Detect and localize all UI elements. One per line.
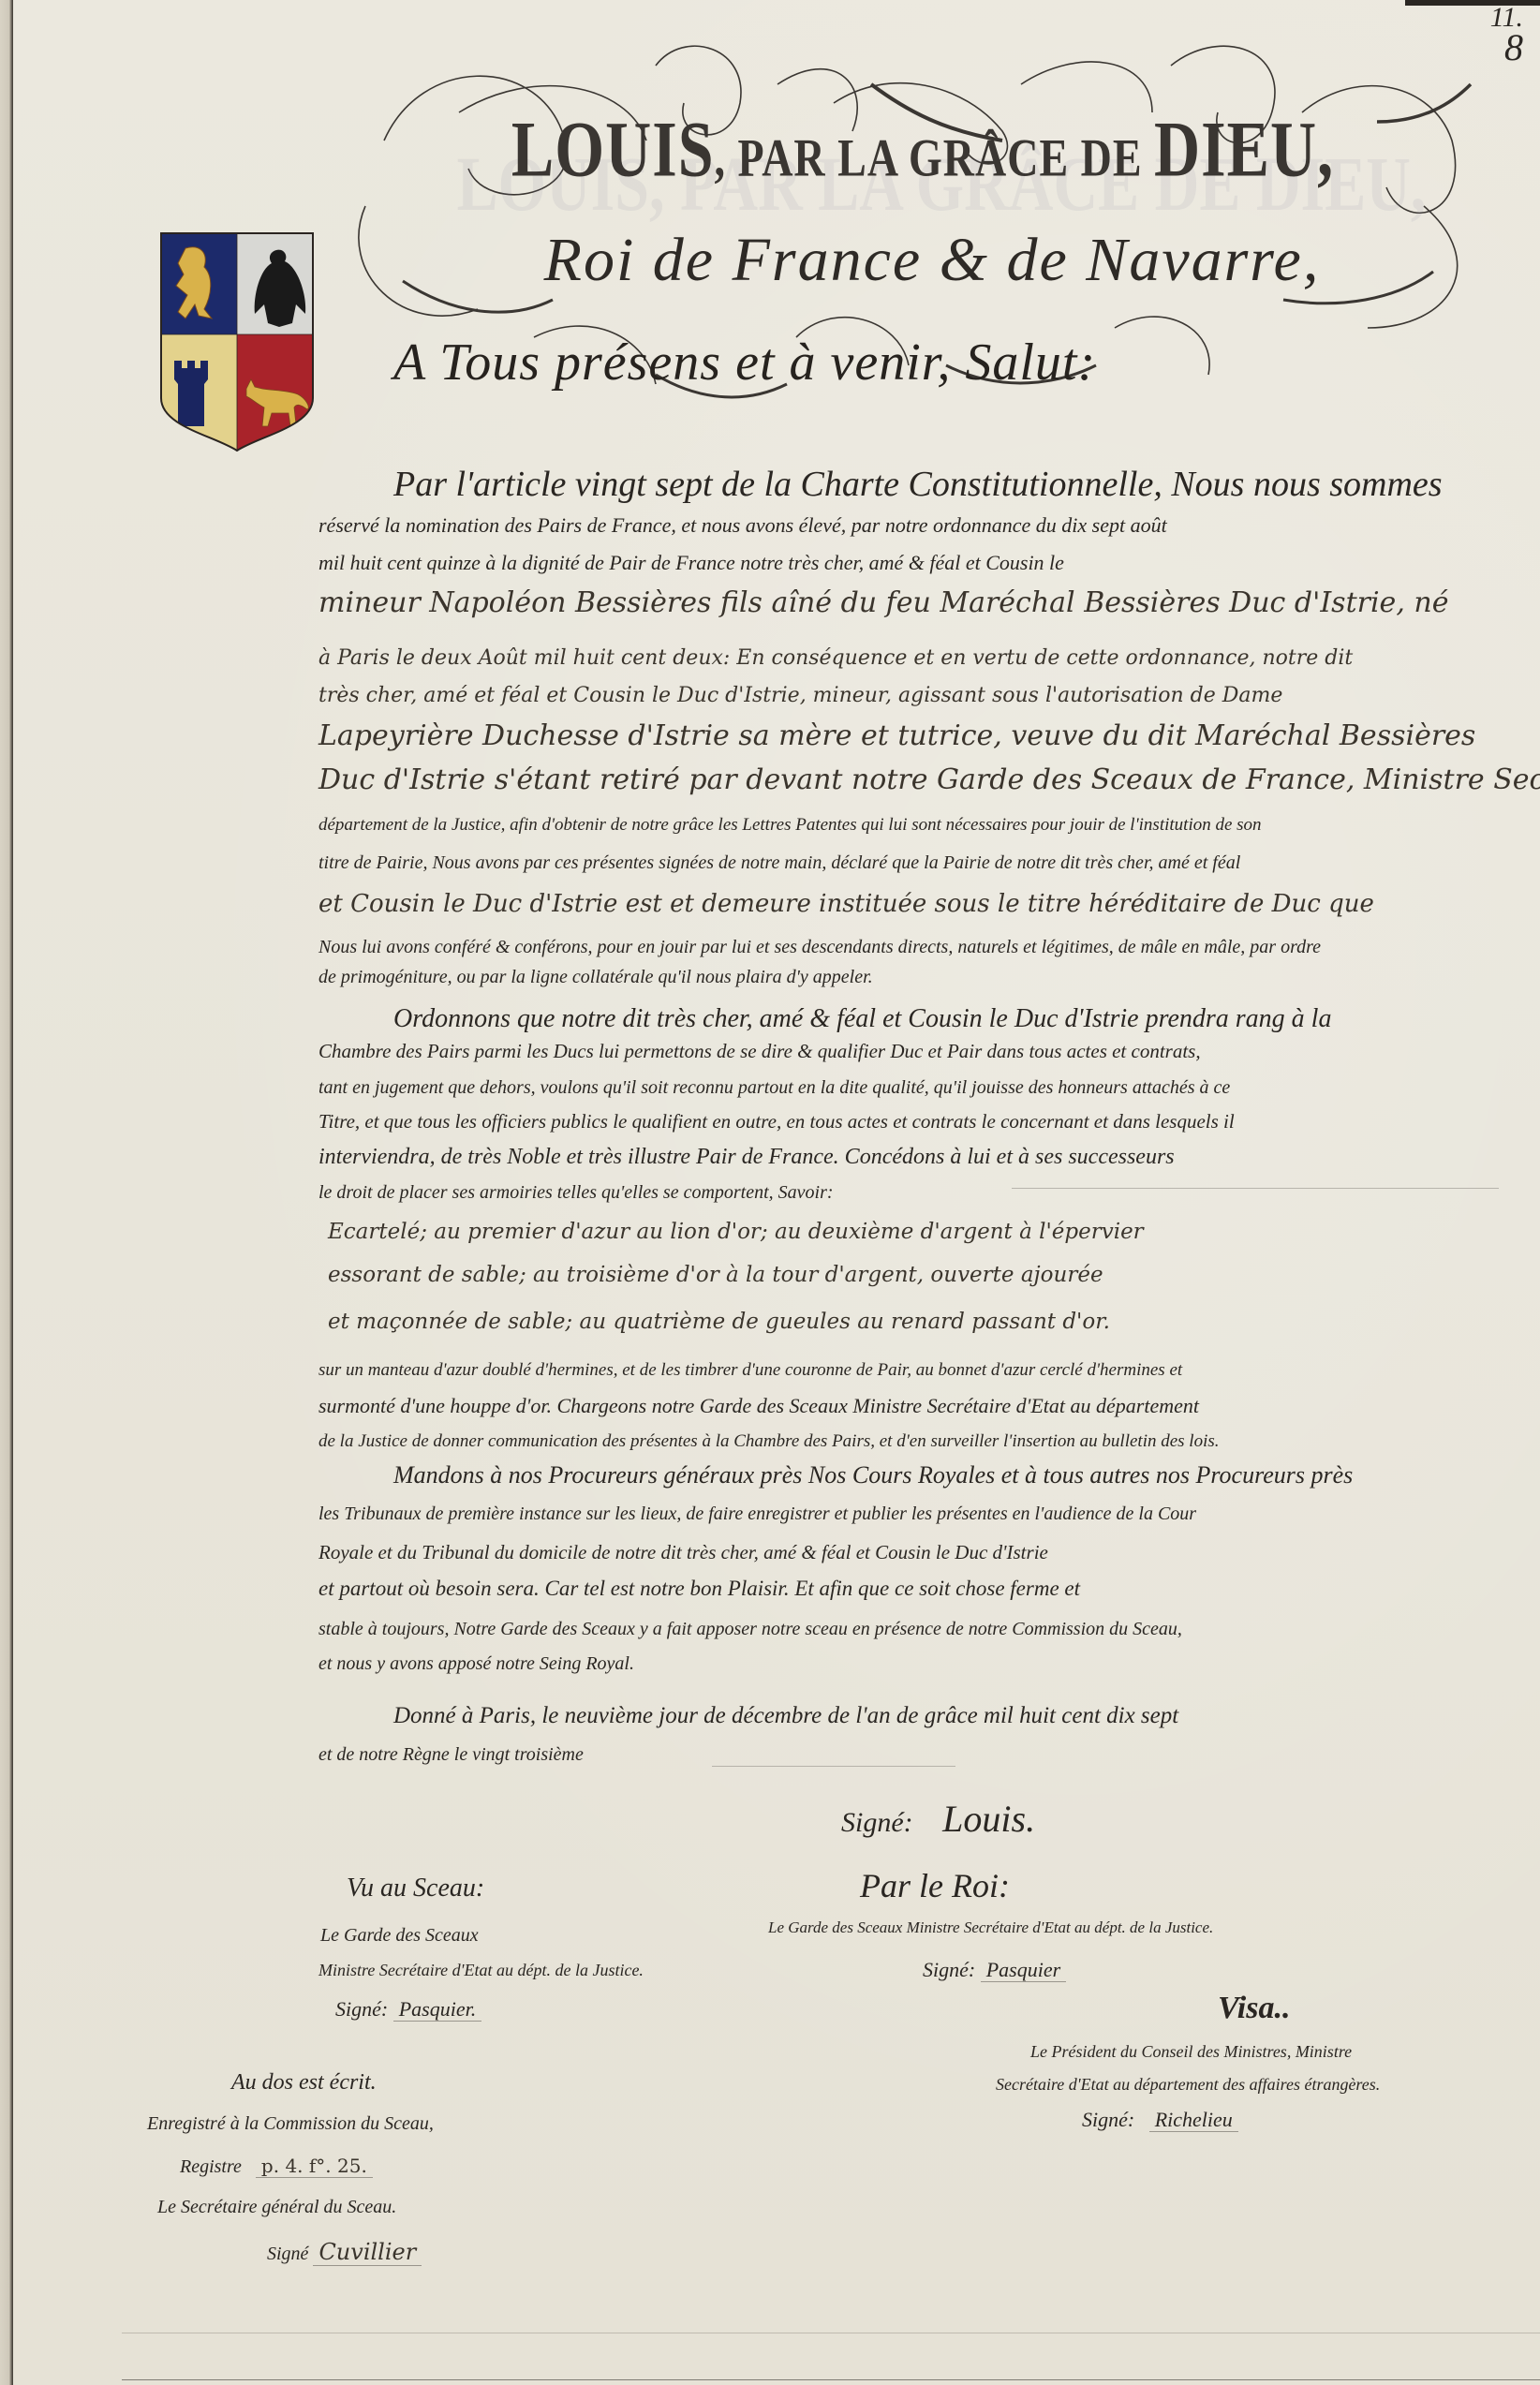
body-line-3: mil huit cent quinze à la dignité de Pai… <box>318 551 1064 575</box>
body-line-18: interviendra, de très Noble et très illu… <box>318 1145 1175 1170</box>
body-line-19: le droit de placer ses armoiries telles … <box>318 1182 834 1204</box>
body-line-9: département de la Justice, afin d'obteni… <box>318 815 1262 836</box>
au-dos-line-2: Enregistré à la Commission du Sceau, <box>147 2113 434 2135</box>
body-line-8: Duc d'Istrie s'étant retiré par devant n… <box>318 763 1540 796</box>
body-line-24: les Tribunaux de première instance sur l… <box>318 1504 1196 1525</box>
body-line-12: Nous lui avons conféré & conférons, pour… <box>318 937 1321 958</box>
visa-heading: Visa.. <box>1218 1991 1290 2026</box>
body-line-21: surmonté d'une houppe d'or. Chargeons no… <box>318 1394 1199 1418</box>
title-subtitle: Roi de France & de Navarre, <box>403 225 1461 296</box>
body-line-7: Lapeyrière Duchesse d'Istrie sa mère et … <box>318 719 1475 752</box>
au-dos-line-1: Au dos est écrit. <box>231 2070 377 2096</box>
visa-name: Richelieu <box>1149 2108 1238 2132</box>
king-name: Louis. <box>942 1798 1035 1840</box>
au-dos-name: Cuvillier <box>313 2239 422 2266</box>
tower-icon <box>174 361 208 426</box>
vu-au-sceau-title-2: Ministre Secrétaire d'Etat au dépt. de l… <box>318 1961 644 1980</box>
body-line-27: stable à toujours, Notre Garde des Sceau… <box>318 1619 1182 1640</box>
par-le-roi-signature: Signé: Pasquier <box>923 1958 1066 1982</box>
visa-signature: Signé: Richelieu <box>1082 2108 1238 2132</box>
page-bottom-edge <box>122 2379 1540 2380</box>
au-dos-line-3: Registre p. 4. f°. 25. <box>180 2155 373 2178</box>
body-line-6: très cher, amé et féal et Cousin le Duc … <box>318 684 1282 707</box>
body-line-11: et Cousin le Duc d'Istrie est et demeure… <box>318 890 1374 918</box>
body-line-28: et nous y avons apposé notre Seing Royal… <box>318 1653 634 1675</box>
blazon-line-1: Ecartelé; au premier d'azur au lion d'or… <box>328 1220 1144 1244</box>
blazon-line-2: essorant de sable; au troisième d'or à l… <box>328 1263 1103 1287</box>
ruled-line <box>712 1766 955 1767</box>
body-line-17: Titre, et que tous les officiers publics… <box>318 1110 1235 1133</box>
title-heading: LOUIS, PAR LA GRÂCE DE DIEU, <box>393 103 1452 196</box>
title-dieu: DIEU, <box>1154 104 1334 193</box>
body-line-14: Ordonnons que notre dit très cher, amé &… <box>393 1004 1331 1034</box>
title-grace: , PAR LA GRÂCE DE <box>715 127 1155 187</box>
date-line-2: et de notre Règne le vingt troisième <box>318 1744 584 1766</box>
par-le-roi-heading: Par le Roi: <box>860 1866 1010 1905</box>
visa-title-2: Secrétaire d'Etat au département des aff… <box>996 2075 1380 2095</box>
title-louis: LOUIS <box>511 104 715 193</box>
body-line-1: Par l'article vingt sept de la Charte Co… <box>393 464 1443 505</box>
letters-patent-page: 11. 8 LOUIS, PAR LA GRÂCE DE DIEU, LOUIS… <box>0 0 1540 2385</box>
body-line-25: Royale et du Tribunal du domicile de not… <box>318 1541 1048 1564</box>
vu-au-sceau-title-1: Le Garde des Sceaux <box>320 1925 479 1947</box>
vu-au-sceau-name: Pasquier. <box>393 1997 482 2022</box>
blazon-line-3: et maçonnée de sable; au quatrième de gu… <box>328 1310 1110 1334</box>
vu-au-sceau-signature: Signé: Pasquier. <box>335 1997 481 2022</box>
date-line-1: Donné à Paris, le neuvième jour de décem… <box>393 1703 1178 1729</box>
page-fold-line <box>122 2333 1540 2333</box>
par-le-roi-name: Pasquier <box>981 1958 1066 1982</box>
body-line-13: de primogéniture, ou par la ligne collat… <box>318 967 873 988</box>
au-dos-signature: Signé Cuvillier <box>267 2239 422 2265</box>
page-binding-edge <box>0 0 13 2385</box>
visa-title-1: Le Président du Conseil des Ministres, M… <box>1030 2042 1352 2062</box>
register-reference: p. 4. f°. 25. <box>256 2155 373 2178</box>
body-line-10: titre de Pairie, Nous avons par ces prés… <box>318 852 1240 874</box>
ruled-line <box>1012 1188 1499 1189</box>
vu-au-sceau-heading: Vu au Sceau: <box>347 1874 484 1904</box>
body-line-26: et partout où besoin sera. Car tel est n… <box>318 1577 1080 1601</box>
body-line-5: à Paris le deux Août mil huit cent deux:… <box>318 646 1353 670</box>
king-signed-label: Signé: <box>841 1807 913 1838</box>
par-le-roi-title: Le Garde des Sceaux Ministre Secrétaire … <box>768 1918 1213 1937</box>
king-signature: Signé: Louis. <box>841 1797 1035 1841</box>
body-line-16: tant en jugement que dehors, voulons qu'… <box>318 1077 1230 1099</box>
body-line-20: sur un manteau d'azur doublé d'hermines,… <box>318 1360 1182 1381</box>
coat-of-arms-icon <box>157 230 317 452</box>
au-dos-line-4: Le Secrétaire général du Sceau. <box>157 2197 396 2218</box>
body-line-4: mineur Napoléon Bessières fils aîné du f… <box>318 586 1448 619</box>
body-line-23: Mandons à nos Procureurs généraux près N… <box>393 1461 1353 1489</box>
title-salutation: A Tous présens et à venir, Salut: <box>393 333 1443 393</box>
body-line-2: réservé la nomination des Pairs de Franc… <box>318 513 1167 538</box>
body-line-15: Chambre des Pairs parmi les Ducs lui per… <box>318 1040 1201 1063</box>
body-line-22: de la Justice de donner communication de… <box>318 1431 1220 1452</box>
